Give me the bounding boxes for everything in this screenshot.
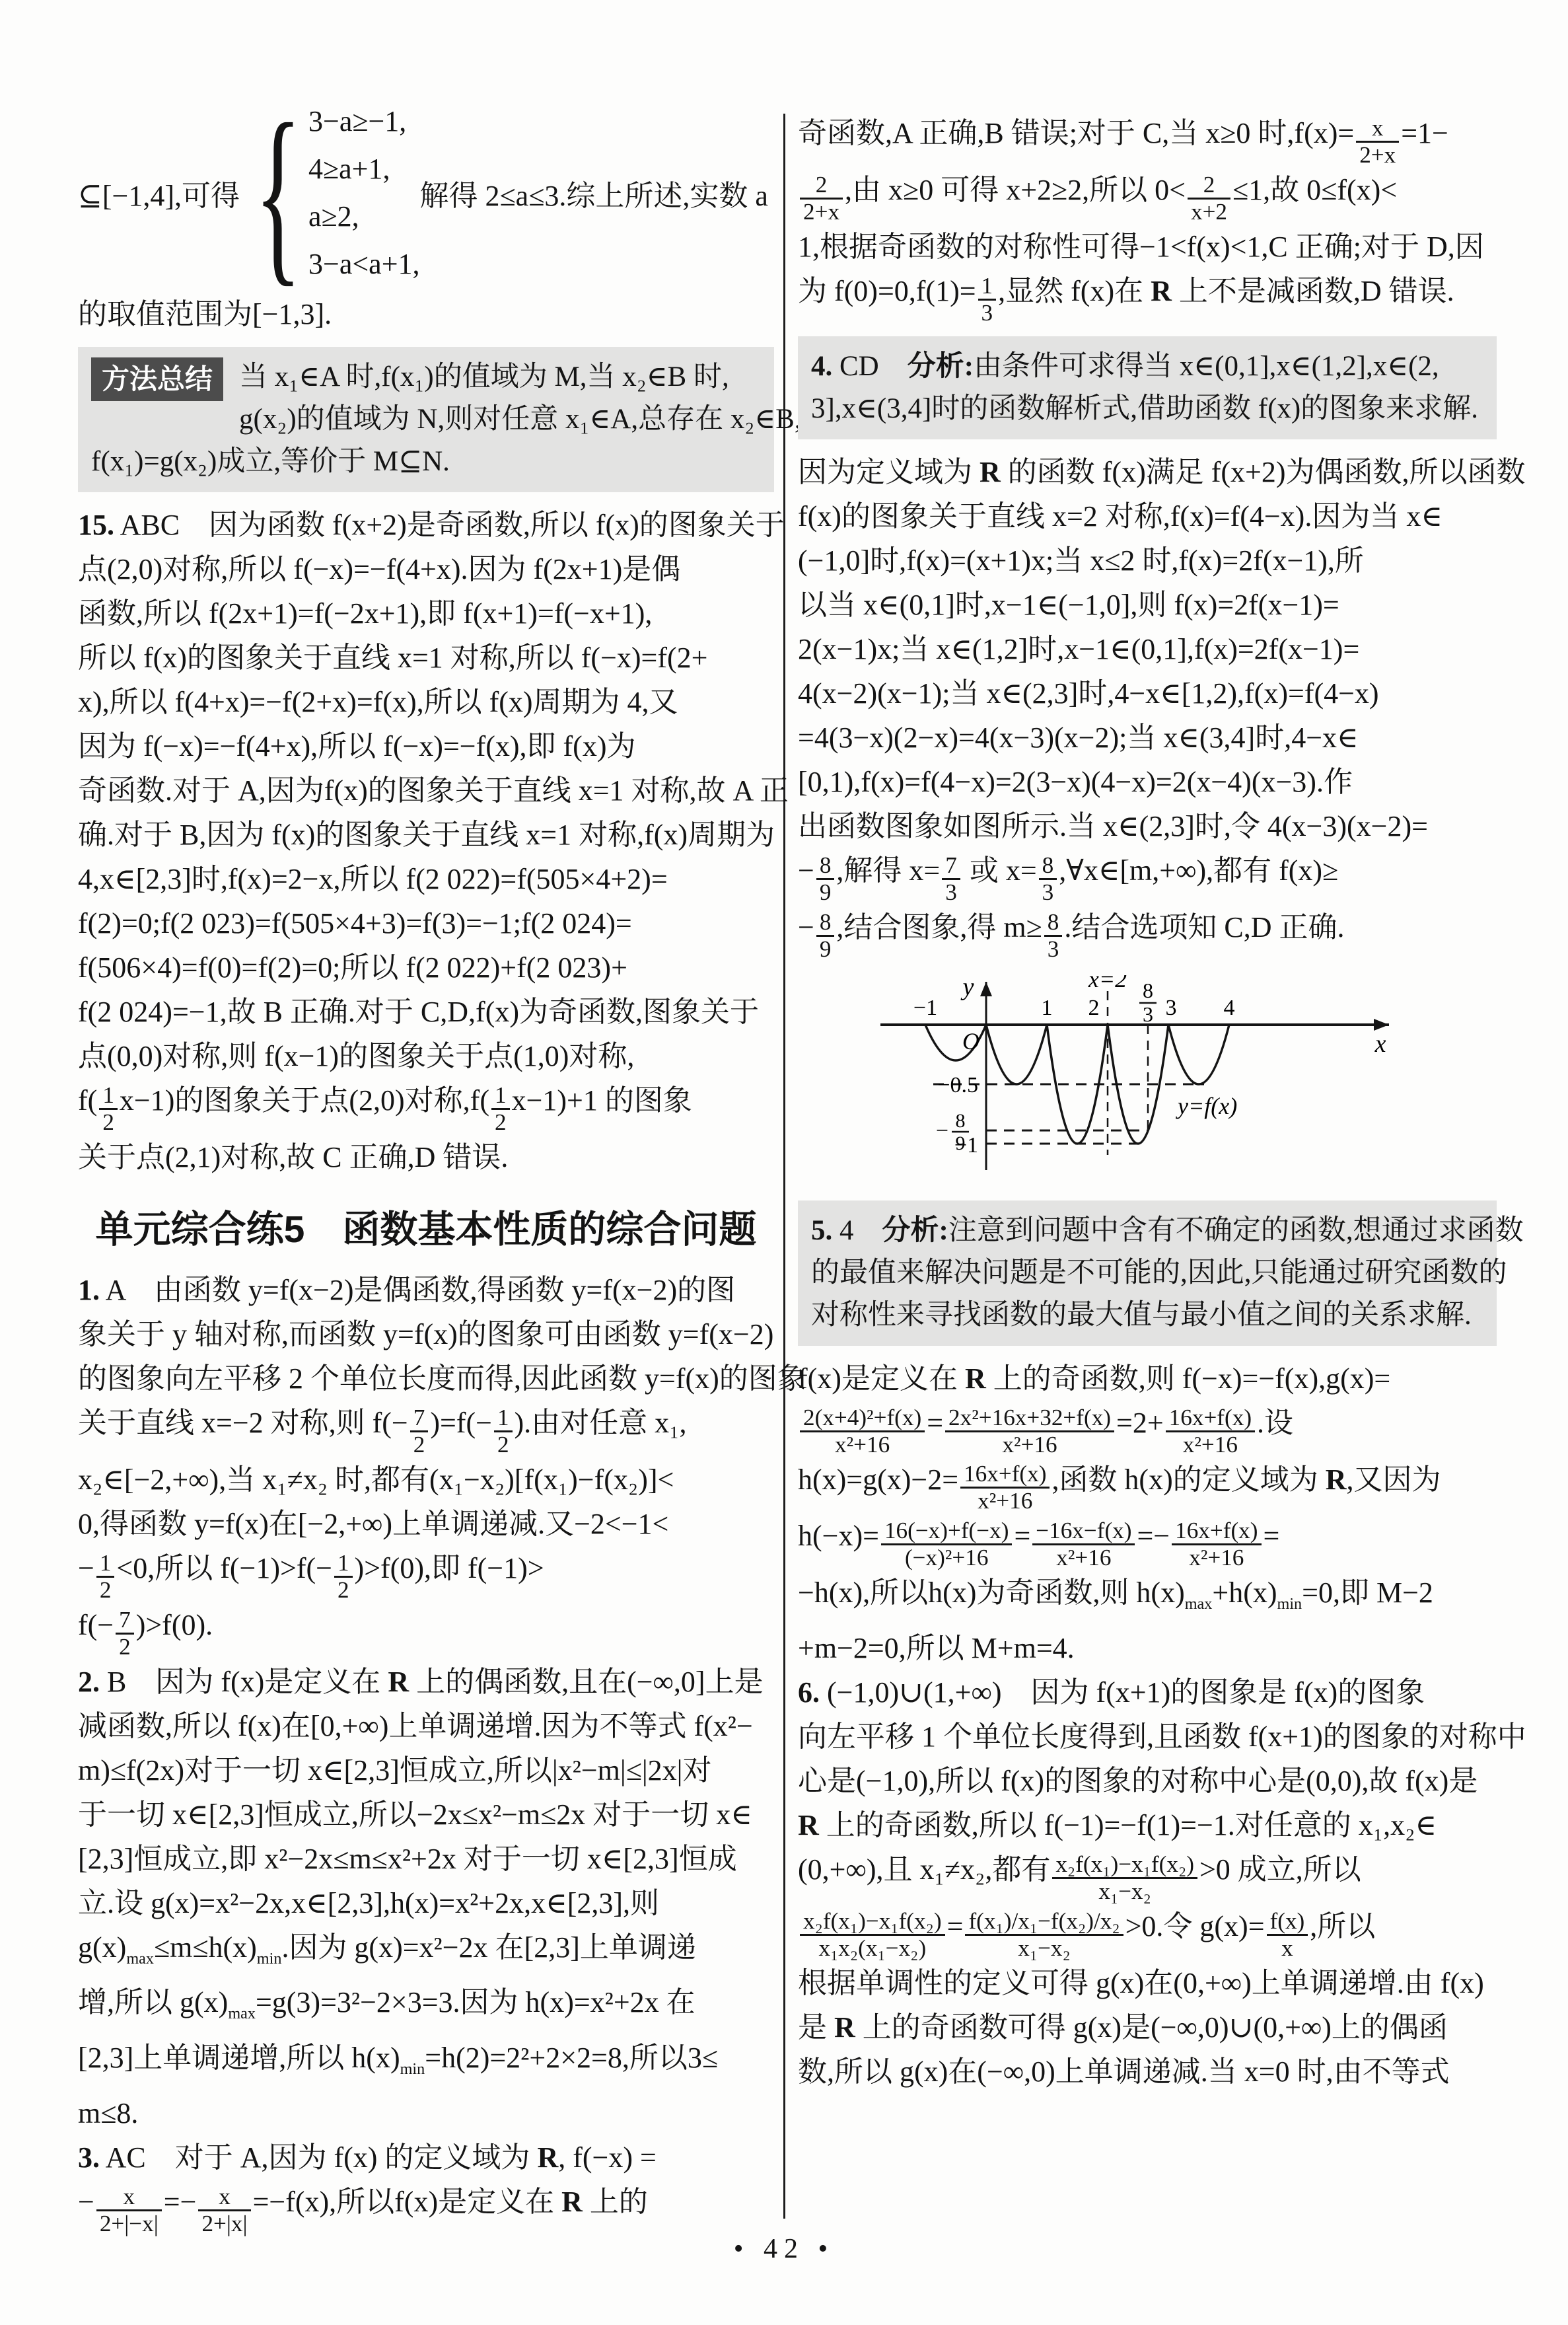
- text-line: f(−72)>f(0).: [78, 1603, 774, 1660]
- workbook-page: ⊆[−1,4],可得 { 3−a≥−1,4≥a+1,a≥2,3−a<a+1, 解…: [0, 0, 1568, 2325]
- text-line: f(2)=0;f(2 023)=f(505×4+3)=f(3)=−1;f(2 0…: [78, 901, 774, 945]
- text-line: 22+x,由 x≥0 可得 x+2≥2,所以 0<2x+2≤1,故 0≤f(x)…: [798, 168, 1497, 225]
- x-axis-label: x: [1374, 1030, 1386, 1058]
- text-line: 点(0,0)对称,则 f(x−1)的图象关于点(1,0)对称,: [78, 1034, 774, 1078]
- text-line: 3−a≥−1,: [308, 98, 420, 145]
- text-line: f(506×4)=f(0)=f(2)=0;所以 f(2 022)+f(2 023…: [78, 945, 774, 990]
- text-line: 4(x−2)(x−1);当 x∈(2,3]时,4−x∈[1,2),f(x)=f(…: [798, 671, 1497, 716]
- graph-svg: y x O x=2 −1 1 2 3 4 8 3 −0.5 − 8 9 −1: [871, 975, 1412, 1187]
- y-axis-arrow: [980, 982, 992, 996]
- inequality-system: ⊆[−1,4],可得 { 3−a≥−1,4≥a+1,a≥2,3−a<a+1, 解…: [78, 98, 774, 288]
- text-line: 函数,所以 f(2x+1)=f(−2x+1),即 f(x+1)=f(−x+1),: [78, 591, 774, 636]
- text-line: 2. B 因为 f(x)是定义在 R 上的偶函数,且在(−∞,0]上是: [78, 1660, 774, 1704]
- text-line: 于一切 x∈[2,3]恒成立,所以−2x≤x²−m≤2x 对于一切 x∈: [78, 1792, 774, 1837]
- problem-3-solution: 3. AC 对于 A,因为 f(x) 的定义域为 R, f(−x) =−x2+|…: [78, 2135, 774, 2236]
- y-axis-label: y: [960, 975, 974, 1001]
- text-line: f(x)的图象关于直线 x=2 对称,f(x)=f(4−x).因为当 x∈: [798, 494, 1497, 538]
- text-line: 4,x∈[2,3]时,f(x)=2−x,所以 f(2 022)=f(505×4+…: [78, 857, 774, 901]
- tick-2: 2: [1088, 996, 1100, 1020]
- text-line: [0,1),f(x)=f(4−x)=2(3−x)(4−x)=2(x−4)(x−3…: [798, 760, 1497, 804]
- text-line: 以当 x∈(0,1]时,x−1∈(−1,0],则 f(x)=2f(x−1)=: [798, 583, 1497, 627]
- problem-5-solution: f(x)是定义在 R 上的奇函数,则 f(−x)=−f(x),g(x)=2(x+…: [798, 1356, 1497, 1671]
- text-line: 2(x+4)²+f(x)x²+16=2x²+16x+32+f(x)x²+16=2…: [798, 1401, 1497, 1458]
- text-line: 根据单调性的定义可得 g(x)在(0,+∞)上单调递增.由 f(x): [798, 1961, 1497, 2005]
- text-line: m≤8.: [78, 2091, 774, 2135]
- text-line: 是 R 上的奇函数可得 g(x)是(−∞,0)∪(0,+∞)上的偶函: [798, 2005, 1497, 2049]
- text-line: −89,解得 x=73 或 x=83,∀x∈[m,+∞),都有 f(x)≥: [798, 848, 1497, 905]
- curve-label: y=f(x): [1176, 1093, 1237, 1119]
- text-line: 1,根据奇函数的对称性可得−1<f(x)<1,C 正确;对于 D,因: [798, 225, 1497, 269]
- text-line: 出函数图象如图所示.当 x∈(2,3]时,令 4(x−3)(x−2)=: [798, 804, 1497, 848]
- text-line: 心是(−1,0),所以 f(x)的图象的对称中心是(0,0),故 f(x)是: [798, 1759, 1497, 1803]
- text-line: g(x₂)的值域为 N,则对任意 x₁∈A,总存在 x₂∈B,使得: [91, 398, 761, 441]
- text-line: 奇函数,A 正确,B 错误;对于 C,当 x≥0 时,f(x)=x2+x=1−: [798, 111, 1497, 168]
- origin-label: O: [962, 1028, 980, 1054]
- text-line: 关于点(2,1)对称,故 C 正确,D 错误.: [78, 1135, 774, 1179]
- text-line: f(2 024)=−1,故 B 正确.对于 C,D,f(x)为奇函数,图象关于: [78, 990, 774, 1034]
- system-cases: 3−a≥−1,4≥a+1,a≥2,3−a<a+1,: [308, 98, 420, 288]
- text-line: f(12x−1)的图象关于点(2,0)对称,f(12x−1)+1 的图象: [78, 1078, 774, 1135]
- text-line: 数,所以 g(x)在(−∞,0)上单调递减.当 x=0 时,由不等式: [798, 2049, 1497, 2094]
- text-line: 关于直线 x=−2 对称,则 f(−72)=f(−12).由对任意 x₁,: [78, 1401, 774, 1458]
- function-graph-figure: y x O x=2 −1 1 2 3 4 8 3 −0.5 − 8 9 −1: [871, 975, 1497, 1190]
- text-line: 2(x−1)x;当 x∈(1,2]时,x−1∈(0,1],f(x)=2f(x−1…: [798, 627, 1497, 671]
- text-line: h(−x)=16(−x)+f(−x)(−x)²+16=−16x−f(x)x²+1…: [798, 1514, 1497, 1570]
- problem-1-solution: 1. A 由函数 y=f(x−2)是偶函数,得函数 y=f(x−2)的图象关于 …: [78, 1268, 774, 1660]
- text-line: 增,所以 g(x)max=g(3)=3²−2×3=3.因为 h(x)=x²+2x…: [78, 1980, 774, 2036]
- text-line: 象关于 y 轴对称,而函数 y=f(x)的图象可由函数 y=f(x−2): [78, 1312, 774, 1356]
- tick-minus1: −1: [913, 996, 937, 1020]
- text-line: −h(x),所以h(x)为奇函数,则 h(x)max+h(x)min=0,即 M…: [798, 1570, 1497, 1626]
- text-line: 3],x∈(3,4]时的函数解析式,借助函数 f(x)的图象来求解.: [811, 388, 1483, 430]
- left-column: ⊆[−1,4],可得 { 3−a≥−1,4≥a+1,a≥2,3−a<a+1, 解…: [78, 98, 774, 2236]
- answer-range-line: 的取值范围为[−1,3].: [78, 292, 774, 336]
- text-line: [2,3]恒成立,即 x²−2x≤m≤x²+2x 对于一切 x∈[2,3]恒成: [78, 1837, 774, 1881]
- right-column: 奇函数,A 正确,B 错误;对于 C,当 x≥0 时,f(x)=x2+x=1−2…: [798, 111, 1497, 2094]
- text-line: (0,+∞),且 x₁≠x₂,都有x₂f(x₁)−x₁f(x₂)x₁−x₂>0 …: [798, 1847, 1497, 1904]
- text-line: 减函数,所以 f(x)在[0,+∞)上单调递增.因为不等式 f(x²−: [78, 1704, 774, 1748]
- tick-83-den: 3: [1143, 1002, 1153, 1026]
- method-summary-box: 方法总结 当 x₁∈A 时,f(x₁)的值域为 M,当 x₂∈B 时,g(x₂)…: [78, 347, 774, 492]
- text-line: 的最值来解决问题是不可能的,因此,只能通过研究函数的: [811, 1252, 1483, 1294]
- text-line: −12<0,所以 f(−1)>f(−12)>f(0),即 f(−1)>: [78, 1546, 774, 1603]
- text-line: 15. ABC 因为函数 f(x+2)是奇函数,所以 f(x)的图象关于: [78, 503, 774, 547]
- text-line: x₂∈[−2,+∞),当 x₁≠x₂ 时,都有(x₁−x₂)[f(x₁)−f(x…: [78, 1458, 774, 1502]
- text-line: 立.设 g(x)=x²−2x,x∈[2,3],h(x)=x²+2x,x∈[2,3…: [78, 1881, 774, 1925]
- tick-4: 4: [1224, 996, 1235, 1020]
- tick-neg05: −0.5: [937, 1073, 978, 1097]
- text-line: g(x)max≤m≤h(x)min.因为 g(x)=x²−2x 在[2,3]上单…: [78, 1925, 774, 1981]
- problem-5-analysis-box: 5. 4 分析:注意到问题中含有不确定的函数,想通过求函数的最值来解决问题是不可…: [798, 1200, 1497, 1346]
- text-line: 奇函数.对于 A,因为f(x)的图象关于直线 x=1 对称,故 A 正: [78, 768, 774, 813]
- text-line: −x2+|−x|=−x2+|x|=−f(x),所以f(x)是定义在 R 上的: [78, 2180, 774, 2236]
- problem-4-solution: 因为定义域为 R 的函数 f(x)满足 f(x+2)为偶函数,所以函数f(x)的…: [798, 450, 1497, 962]
- text-line: 6. (−1,0)∪(1,+∞) 因为 f(x+1)的图象是 f(x)的图象: [798, 1670, 1497, 1715]
- text-line: 对称性来寻找函数的最大值与最小值之间的关系求解.: [811, 1294, 1483, 1337]
- text-line: x₂f(x₁)−x₁f(x₂)x₁x₂(x₁−x₂)=f(x₁)/x₁−f(x₂…: [798, 1904, 1497, 1961]
- problem-6-solution: 6. (−1,0)∪(1,+∞) 因为 f(x+1)的图象是 f(x)的图象向左…: [798, 1670, 1497, 2094]
- text-line: 3. AC 对于 A,因为 f(x) 的定义域为 R, f(−x) =: [78, 2135, 774, 2180]
- text-line: 点(2,0)对称,所以 f(−x)=−f(4+x).因为 f(2x+1)是偶: [78, 547, 774, 591]
- text-line: 的图象向左平移 2 个单位长度而得,因此函数 y=f(x)的图象: [78, 1356, 774, 1401]
- text-line: −89,结合图象,得 m≥83.结合选项知 C,D 正确.: [798, 905, 1497, 962]
- text-line: h(x)=g(x)−2=16x+f(x)x²+16,函数 h(x)的定义域为 R…: [798, 1458, 1497, 1514]
- text-line: x),所以 f(4+x)=−f(2+x)=f(x),所以 f(x)周期为 4,又: [78, 680, 774, 724]
- page-number: • 42 •: [0, 2233, 1568, 2265]
- method-summary-label: 方法总结: [91, 357, 223, 401]
- text-line: 0,得函数 y=f(x)在[−2,+∞)上单调递减.又−2<−1<: [78, 1502, 774, 1546]
- text-line: 向左平移 1 个单位长度得到,且函数 f(x+1)的图象的对称中: [798, 1715, 1497, 1759]
- text-line: 因为定义域为 R 的函数 f(x)满足 f(x+2)为偶函数,所以函数: [798, 450, 1497, 494]
- vline-x2-label: x=2: [1088, 975, 1127, 992]
- left-brace-glyph: {: [254, 99, 302, 287]
- text-line: =4(3−x)(2−x)=4(x−3)(x−2);当 x∈(3,4]时,4−x∈: [798, 716, 1497, 760]
- system-suffix: 解得 2≤a≤3.综上所述,实数 a: [420, 172, 768, 214]
- text-line: f(x₁)=g(x₂)成立,等价于 M⊆N.: [91, 441, 761, 483]
- text-line: a≥2,: [308, 193, 420, 240]
- text-line: 所以 f(x)的图象关于直线 x=1 对称,所以 f(−x)=f(2+: [78, 636, 774, 680]
- tick-89-sign: −: [936, 1119, 948, 1143]
- text-line: 确.对于 B,因为 f(x)的图象关于直线 x=1 对称,f(x)周期为: [78, 813, 774, 857]
- text-line: 4. CD 分析:由条件可求得当 x∈(0,1],x∈(1,2],x∈(2,: [811, 346, 1483, 388]
- section-title: 单元综合练5 函数基本性质的综合问题: [78, 1199, 774, 1253]
- text-line: m)≤f(2x)对于一切 x∈[2,3]恒成立,所以|x²−m|≤|2x|对: [78, 1748, 774, 1792]
- tick-89-num: 8: [956, 1110, 966, 1132]
- text-line: [2,3]上单调递增,所以 h(x)min=h(2)=2²+2×2=8,所以3≤: [78, 2036, 774, 2091]
- tick-3: 3: [1166, 996, 1177, 1020]
- tick-1: 1: [1042, 996, 1053, 1020]
- problem-3-continued: 奇函数,A 正确,B 错误;对于 C,当 x≥0 时,f(x)=x2+x=1−2…: [798, 111, 1497, 326]
- x-axis-arrow: [1374, 1019, 1389, 1031]
- tick-neg1: −1: [954, 1133, 978, 1158]
- problem-2-solution: 2. B 因为 f(x)是定义在 R 上的偶函数,且在(−∞,0]上是减函数,所…: [78, 1660, 774, 2135]
- text-line: +m−2=0,所以 M+m=4.: [798, 1626, 1497, 1670]
- problem-4-analysis-box: 4. CD 分析:由条件可求得当 x∈(0,1],x∈(1,2],x∈(2,3]…: [798, 336, 1497, 439]
- tick-83-num: 8: [1143, 978, 1153, 1002]
- text-line: 4≥a+1,: [308, 145, 420, 193]
- text-line: 3−a<a+1,: [308, 240, 420, 288]
- text-line: 为 f(0)=0,f(1)=13,显然 f(x)在 R 上不是减函数,D 错误.: [798, 269, 1497, 326]
- system-prefix: ⊆[−1,4],可得: [78, 172, 240, 214]
- text-line: 5. 4 分析:注意到问题中含有不确定的函数,想通过求函数: [811, 1210, 1483, 1252]
- text-line: 因为 f(−x)=−f(4+x),所以 f(−x)=−f(x),即 f(x)为: [78, 724, 774, 768]
- text-line: 1. A 由函数 y=f(x−2)是偶函数,得函数 y=f(x−2)的图: [78, 1268, 774, 1312]
- text-line: (−1,0]时,f(x)=(x+1)x;当 x≤2 时,f(x)=2f(x−1)…: [798, 538, 1497, 583]
- text-line: f(x)是定义在 R 上的奇函数,则 f(−x)=−f(x),g(x)=: [798, 1356, 1497, 1401]
- text-line: R 上的奇函数,所以 f(−1)=−f(1)=−1.对任意的 x₁,x₂∈: [798, 1803, 1497, 1847]
- problem-15-solution: 15. ABC 因为函数 f(x+2)是奇函数,所以 f(x)的图象关于点(2,…: [78, 503, 774, 1179]
